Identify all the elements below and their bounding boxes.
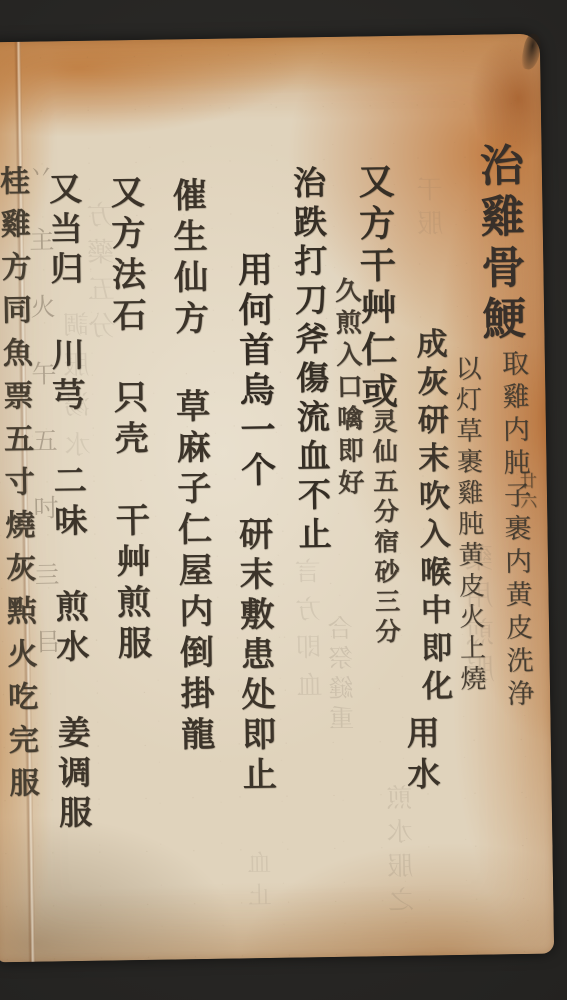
recipe-title-trauma-bleeding: 治跌打刀斧傷流血不止: [284, 165, 337, 556]
recipe-title-midwife-formula: 催生仙方 草麻子仁屋内倒掛龍: [162, 177, 220, 758]
margin-page-mark: 廿六: [514, 472, 540, 512]
column-grind-apply: 研末敷患处即止: [228, 516, 281, 797]
recipe-title-chicken-bone: 治雞骨鯁: [464, 142, 531, 347]
manuscript-scan: 丷主火午五吋亖㠯 藥用煎服 合祭縫重 言方即血 方藥五分 干服 調服湯水 煎水服…: [0, 0, 567, 1000]
bleed-through-text: 煎水服之: [383, 784, 422, 921]
column-lingxian-dose: 灵仙五分宿砂三分: [365, 408, 405, 649]
bleed-through-text: 干服: [413, 175, 451, 244]
column-heshouwu: 用何首烏一个: [227, 251, 281, 492]
ink-smudge: [520, 33, 544, 72]
small-note-right: 取雞内肫子裹内黄皮洗浄: [493, 349, 538, 713]
column-second-formula: 又方法石 只壳 干艸煎服: [100, 174, 157, 667]
manuscript-page: 丷主火午五吋亖㠯 藥用煎服 合祭縫重 言方即血 方藥五分 干服 調服湯水 煎水服…: [0, 34, 554, 963]
bleed-through-text: 血止: [244, 850, 280, 915]
column-use-water: 用水: [397, 715, 445, 798]
bleed-through-text: 言方即血: [291, 557, 330, 710]
column-ash-instruction: 成灰研末吹入喉中即化: [406, 327, 457, 708]
